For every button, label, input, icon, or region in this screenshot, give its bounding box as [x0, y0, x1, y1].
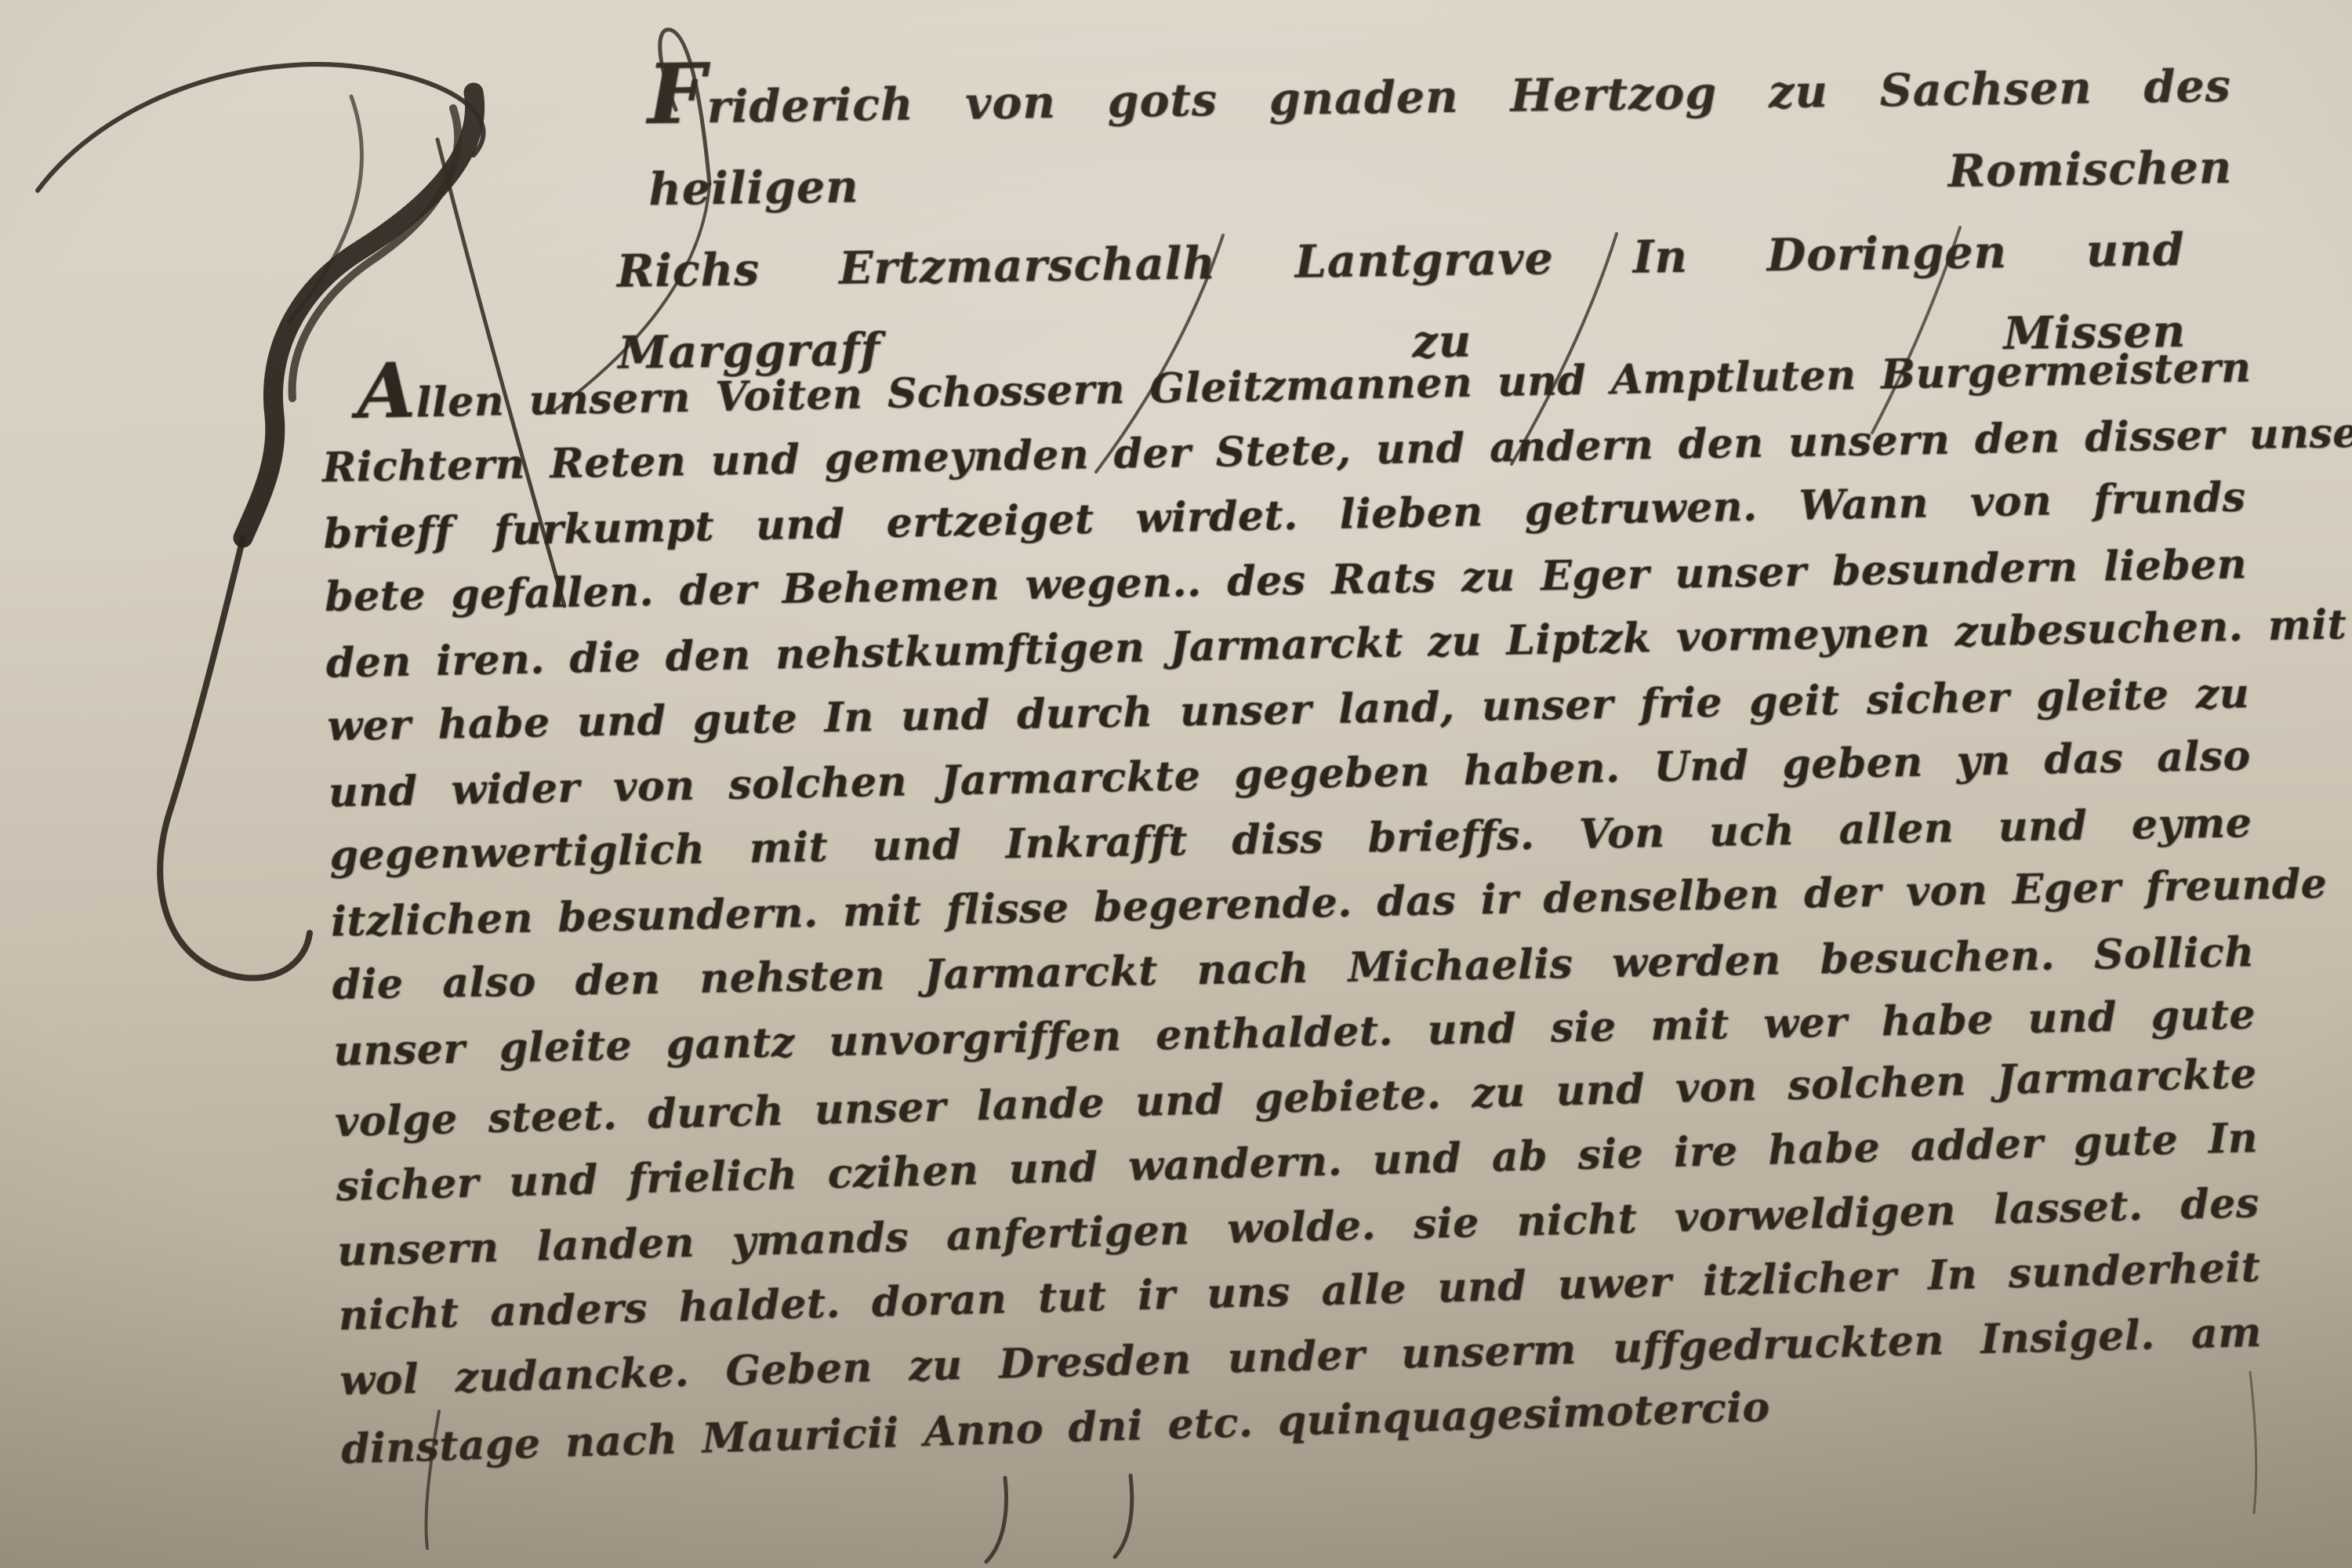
manuscript-page: Friderich von gots gnaden Hertzog zu Sac… — [0, 0, 2352, 1568]
heading-line: Friderich von gots gnaden Hertzog zu Sac… — [647, 45, 2233, 230]
manuscript-text: Friderich von gots gnaden Hertzog zu Sac… — [0, 0, 2352, 1568]
document-body: Allen unsern Voiten Schossern Gleitzmann… — [321, 336, 2263, 1472]
